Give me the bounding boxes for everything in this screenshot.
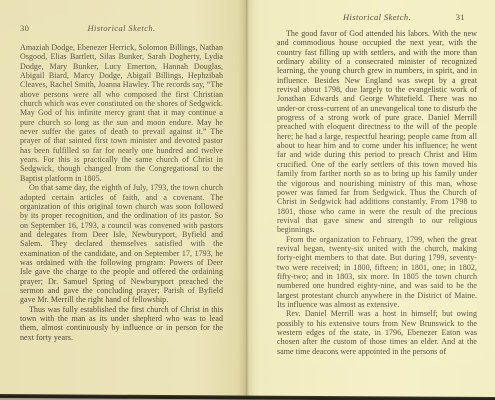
body-paragraph: Amaziah Dodge, Ebenezer Herrick, Solomon… (20, 43, 223, 183)
body-paragraph: Rev. Daniel Merrill was a host in himsel… (277, 309, 477, 356)
left-running-title: Historical Sketch. (20, 23, 223, 33)
right-page-number: 31 (456, 12, 465, 22)
body-paragraph: Thus was fully established the first chu… (20, 305, 223, 342)
scanned-book-spread: 30 Historical Sketch. Amaziah Dodge, Ebe… (0, 0, 495, 400)
left-page: 30 Historical Sketch. Amaziah Dodge, Ebe… (0, 0, 247, 400)
right-running-title: Historical Sketch. (277, 12, 477, 22)
left-page-body: Amaziah Dodge, Ebenezer Herrick, Solomon… (20, 43, 223, 342)
right-page-header: Historical Sketch. 31 (277, 12, 477, 22)
body-paragraph: From the organization to February, 1799,… (277, 235, 477, 310)
left-page-header: 30 Historical Sketch. (20, 23, 223, 33)
right-page: Historical Sketch. 31 The good favor of … (247, 0, 495, 400)
left-page-number: 30 (20, 23, 29, 33)
right-page-body: The good favor of God attended his labor… (277, 29, 477, 356)
body-paragraph: On that same day, the eighth of July, 17… (20, 183, 223, 304)
body-paragraph: The good favor of God attended his labor… (277, 29, 477, 235)
